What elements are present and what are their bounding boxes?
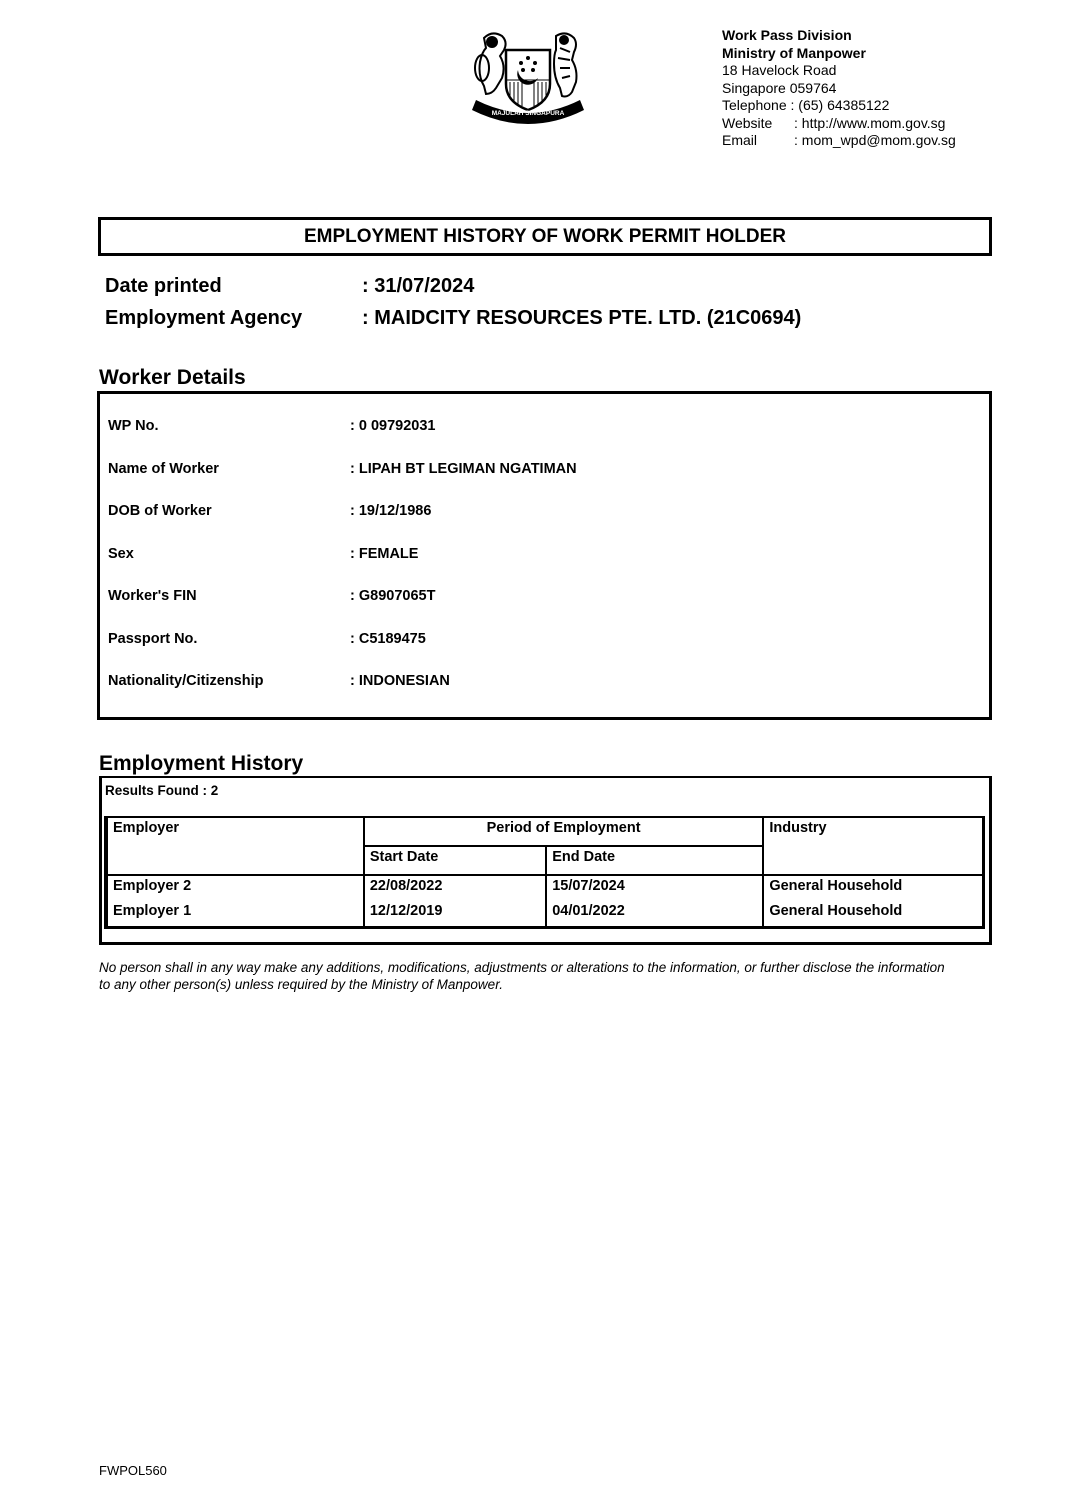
worker-field-label: Passport No. xyxy=(108,631,197,647)
document-title: EMPLOYMENT HISTORY OF WORK PERMIT HOLDER xyxy=(98,217,992,256)
worker-field-value: : 0 09792031 xyxy=(350,418,435,434)
worker-field-value: : INDONESIAN xyxy=(350,673,450,689)
worker-field-label: Sex xyxy=(108,546,134,562)
date-printed-value: : 31/07/2024 xyxy=(362,275,474,298)
worker-field-value: : LIPAH BT LEGIMAN NGATIMAN xyxy=(350,461,577,477)
telephone-value: : (65) 64385122 xyxy=(791,97,890,115)
cell-employer: Employer 1 xyxy=(106,901,364,928)
email-value[interactable]: : mom_wpd@mom.gov.sg xyxy=(794,132,956,150)
worker-field-value: : FEMALE xyxy=(350,546,418,562)
table-row: Employer 222/08/202215/07/2024General Ho… xyxy=(106,875,984,901)
ministry-address-block: Work Pass Division Ministry of Manpower … xyxy=(722,27,956,150)
worker-field-row: DOB of Worker: 19/12/1986 xyxy=(108,503,212,519)
worker-field-label: WP No. xyxy=(108,418,158,434)
worker-field-label: DOB of Worker xyxy=(108,503,212,519)
cell-end-date: 04/01/2022 xyxy=(546,901,763,928)
worker-field-row: Nationality/Citizenship: INDONESIAN xyxy=(108,673,264,689)
disclaimer-text: No person shall in any way make any addi… xyxy=(99,960,959,993)
col-period: Period of Employment xyxy=(364,817,764,846)
table-row: Employer 112/12/201904/01/2022General Ho… xyxy=(106,901,984,928)
agency-label: Employment Agency xyxy=(105,307,302,330)
address-line-1: 18 Havelock Road xyxy=(722,62,956,80)
cell-industry: General Household xyxy=(763,875,983,901)
worker-field-label: Worker's FIN xyxy=(108,588,197,604)
worker-field-value: : C5189475 xyxy=(350,631,426,647)
website-value[interactable]: : http://www.mom.gov.sg xyxy=(794,115,945,133)
worker-field-row: Passport No.: C5189475 xyxy=(108,631,197,647)
website-label: Website xyxy=(722,115,794,133)
cell-industry: General Household xyxy=(763,901,983,928)
worker-field-value: : 19/12/1986 xyxy=(350,503,431,519)
telephone-row: Telephone : (65) 64385122 xyxy=(722,97,956,115)
worker-details-heading: Worker Details xyxy=(99,366,246,390)
date-printed-label: Date printed xyxy=(105,275,222,298)
worker-field-row: WP No.: 0 09792031 xyxy=(108,418,158,434)
website-row: Website: http://www.mom.gov.sg xyxy=(722,115,956,133)
worker-field-label: Nationality/Citizenship xyxy=(108,673,264,689)
telephone-label: Telephone xyxy=(722,97,787,115)
email-row: Email: mom_wpd@mom.gov.sg xyxy=(722,132,956,150)
worker-field-row: Sex: FEMALE xyxy=(108,546,134,562)
employment-history-table: Employer Period of Employment Industry S… xyxy=(104,816,985,929)
col-end-date: End Date xyxy=(546,846,763,875)
col-start-date: Start Date xyxy=(364,846,546,875)
cell-start-date: 22/08/2022 xyxy=(364,875,546,901)
col-industry: Industry xyxy=(763,817,983,846)
address-line-2: Singapore 059764 xyxy=(722,80,956,98)
cell-end-date: 15/07/2024 xyxy=(546,875,763,901)
cell-employer: Employer 2 xyxy=(106,875,364,901)
table-subheader-row: Start Date End Date xyxy=(106,846,984,875)
col-industry-spacer xyxy=(763,846,983,875)
svg-text:MAJULAH SINGAPURA: MAJULAH SINGAPURA xyxy=(492,110,565,117)
worker-field-value: : G8907065T xyxy=(350,588,435,604)
col-employer-spacer xyxy=(106,846,364,875)
agency-value: : MAIDCITY RESOURCES PTE. LTD. (21C0694) xyxy=(362,307,801,330)
cell-start-date: 12/12/2019 xyxy=(364,901,546,928)
results-found: Results Found : 2 xyxy=(105,783,218,798)
worker-details-box xyxy=(97,391,992,720)
division-name: Work Pass Division xyxy=(722,27,956,45)
form-code: FWPOL560 xyxy=(99,1463,167,1478)
worker-field-label: Name of Worker xyxy=(108,461,219,477)
email-label: Email xyxy=(722,132,794,150)
table-header-row: Employer Period of Employment Industry xyxy=(106,817,984,846)
singapore-coat-of-arms-icon: MAJULAH SINGAPURA xyxy=(470,28,586,126)
employment-history-heading: Employment History xyxy=(99,752,303,776)
worker-field-row: Worker's FIN: G8907065T xyxy=(108,588,197,604)
ministry-name: Ministry of Manpower xyxy=(722,45,956,63)
worker-field-row: Name of Worker: LIPAH BT LEGIMAN NGATIMA… xyxy=(108,461,219,477)
col-employer: Employer xyxy=(106,817,364,846)
